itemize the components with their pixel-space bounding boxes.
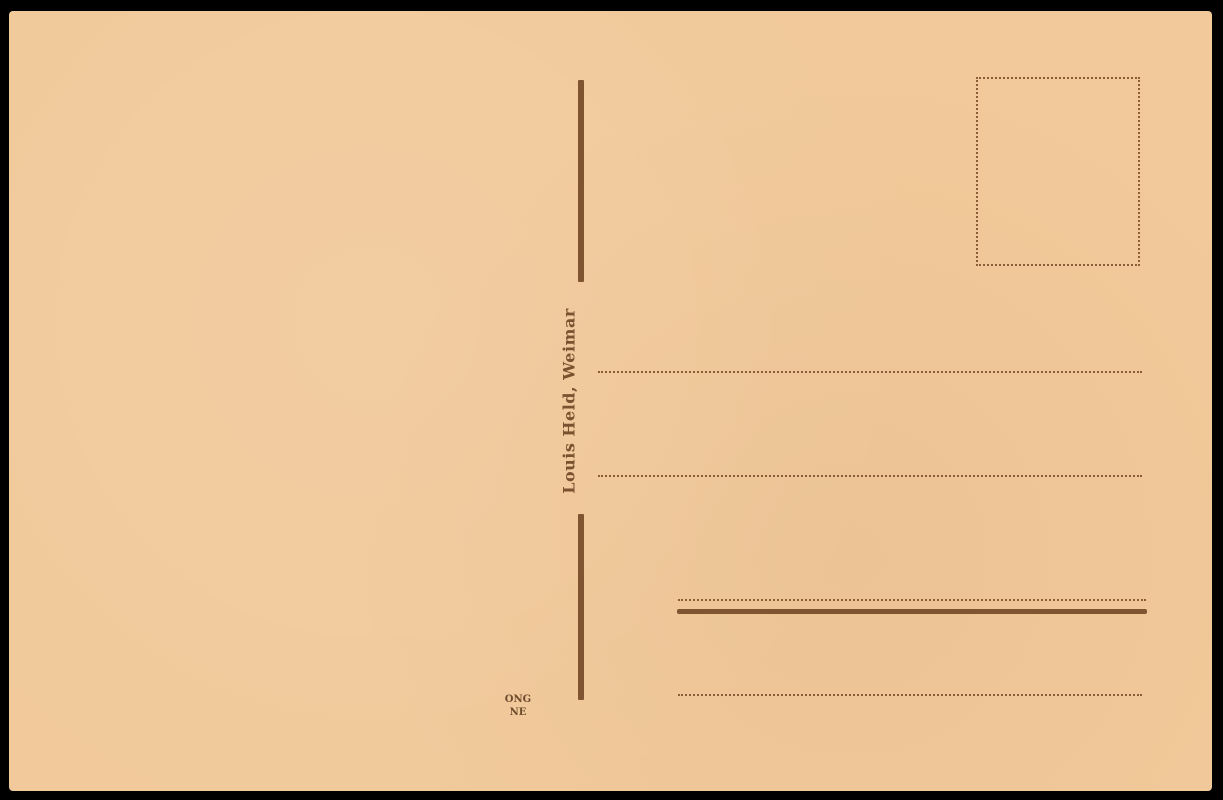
address-line-1	[598, 371, 1142, 373]
print-code: ONG NE	[500, 693, 536, 719]
divider-top	[578, 80, 584, 282]
print-code-line2: NE	[500, 706, 536, 719]
postcard-back: Louis Held, Weimar ONG NE	[9, 11, 1212, 791]
stamp-box	[976, 77, 1140, 266]
address-line-2	[598, 475, 1142, 477]
address-underline	[677, 609, 1147, 614]
print-code-line1: ONG	[500, 693, 536, 706]
address-line-3	[678, 599, 1146, 601]
publisher-imprint: Louis Held, Weimar	[560, 308, 579, 494]
address-line-4	[678, 694, 1142, 696]
divider-bottom	[578, 514, 584, 700]
